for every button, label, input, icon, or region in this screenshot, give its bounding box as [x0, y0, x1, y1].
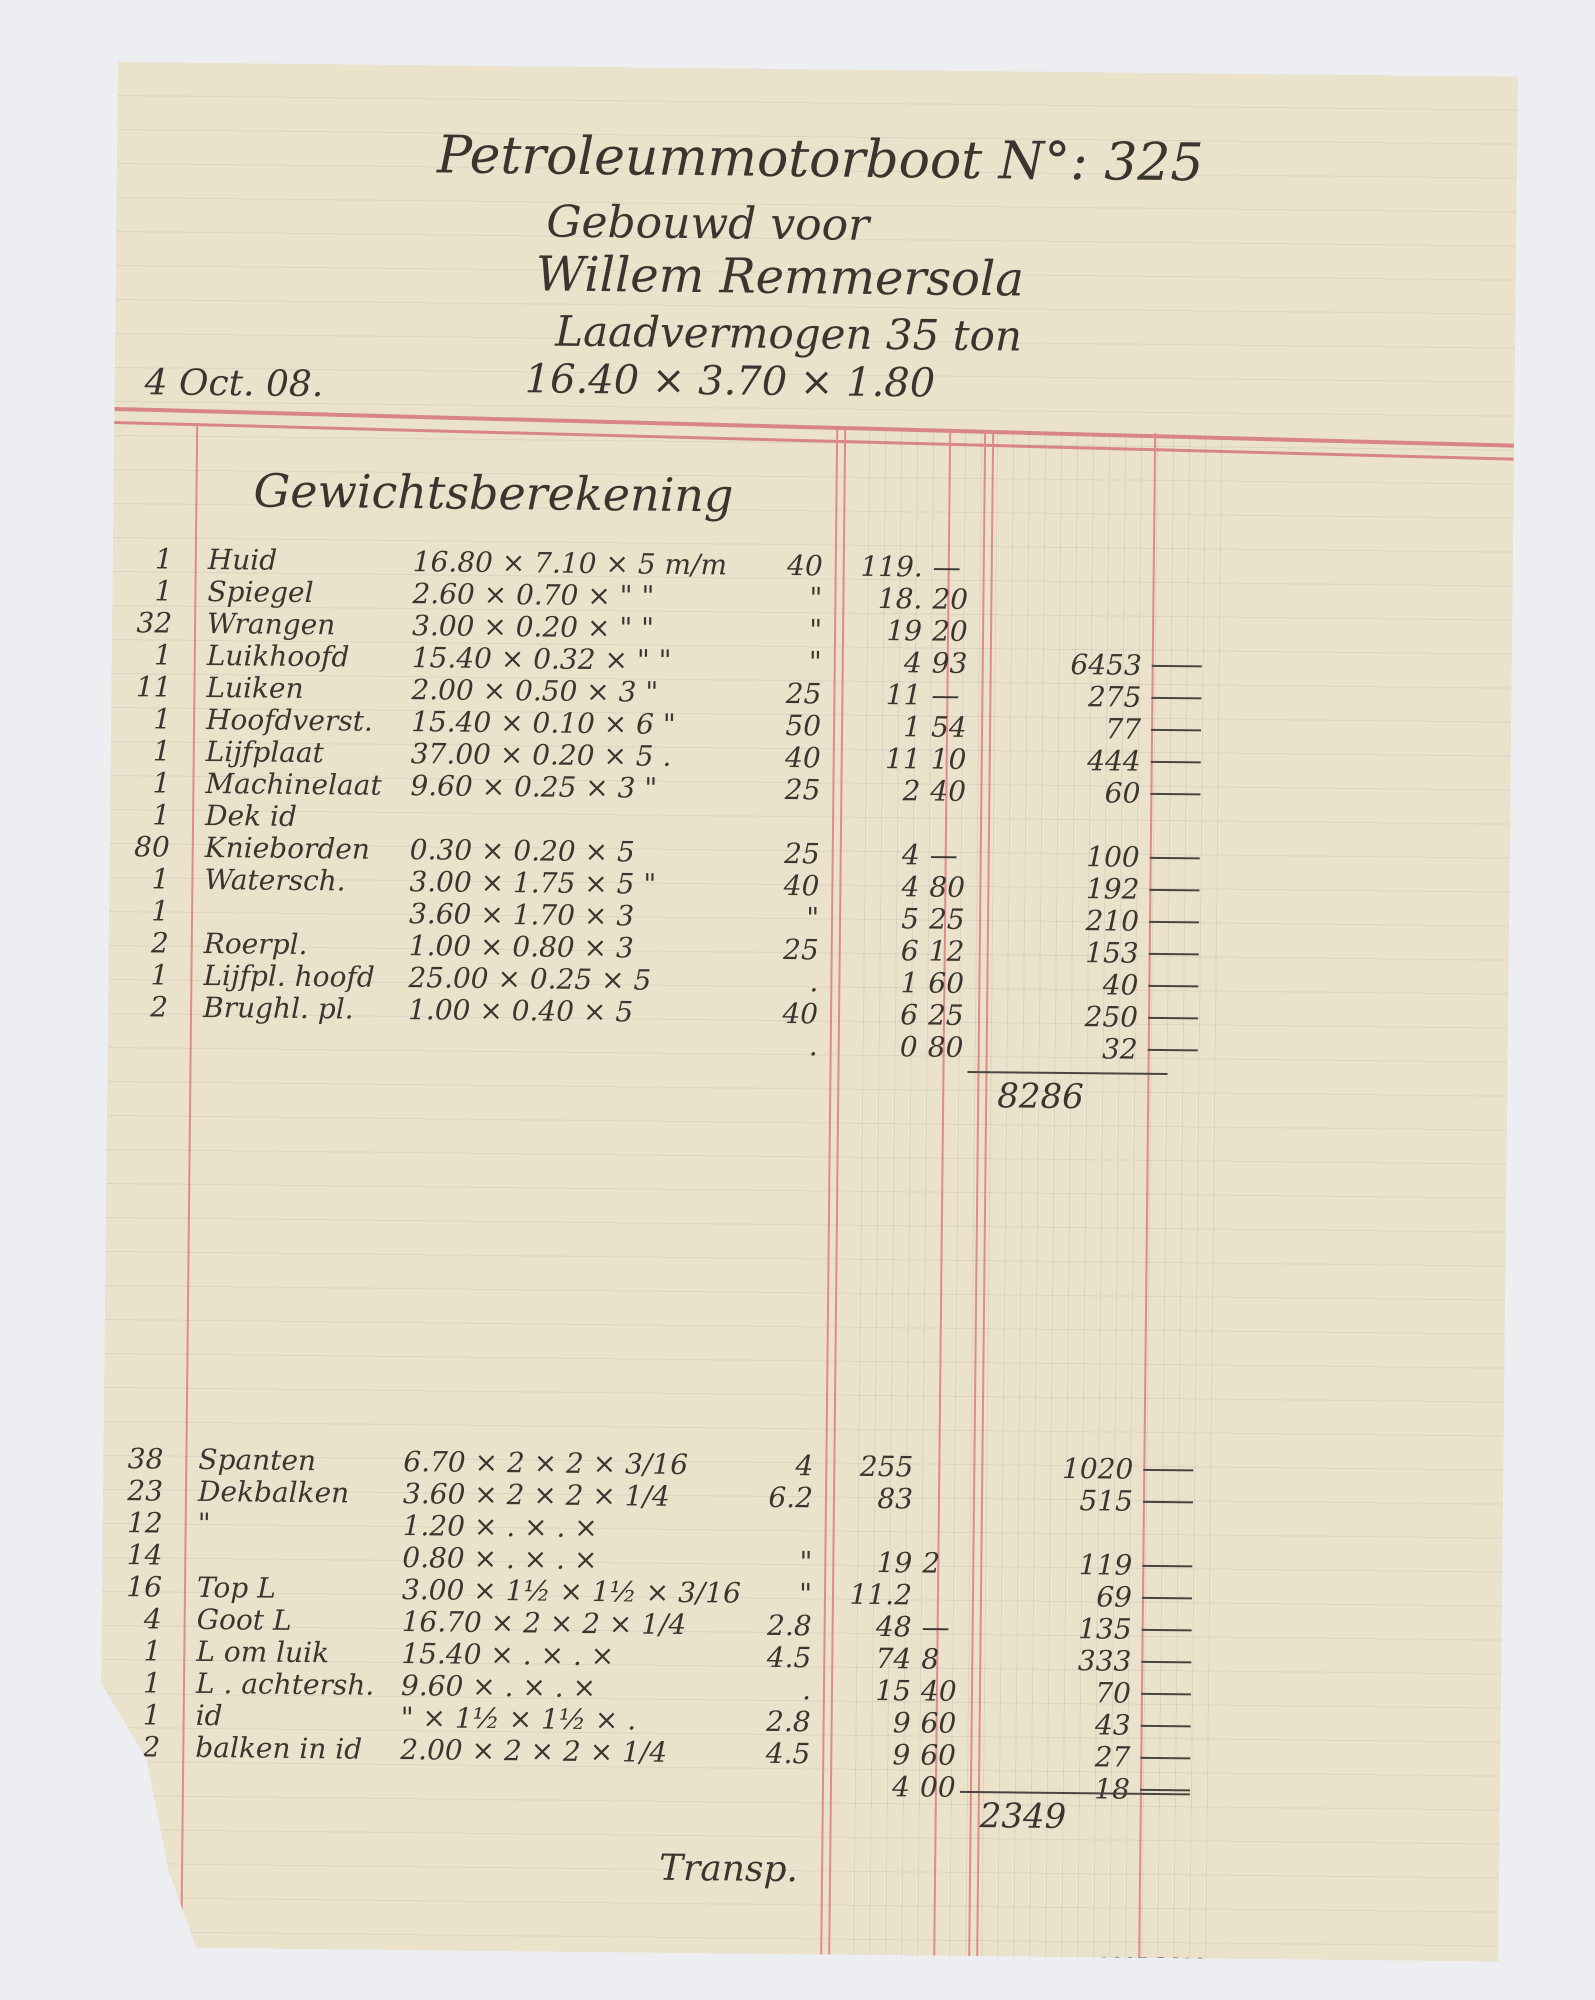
row-weight-fraction: [930, 807, 990, 808]
row-factor: ": [762, 581, 822, 615]
row-dash: [1149, 937, 1199, 956]
subtotal-1: 8286: [997, 1076, 1084, 1117]
transport-label: Transp.: [659, 1848, 798, 1890]
row-item: Spiegel: [207, 575, 313, 609]
row-dash: [1141, 1677, 1191, 1696]
row-total: 210: [979, 903, 1139, 938]
row-dimensions: 15.40 × 0.32 × " ": [412, 641, 672, 677]
row-total: 32: [978, 1031, 1138, 1066]
row-quantity: 12: [113, 1506, 163, 1540]
row-weight: 1: [838, 966, 918, 1000]
row-dash: [1149, 873, 1199, 892]
row-item: Lijfpl. hoofd: [203, 959, 375, 994]
row-dash: [1140, 1741, 1190, 1760]
row-dash: [1149, 905, 1199, 924]
row-quantity: 23: [113, 1474, 163, 1508]
row-dimensions: 25.00 × 0.25 × 5: [408, 961, 651, 997]
row-item: balken in id: [195, 1731, 362, 1766]
row-total: 444: [981, 743, 1141, 778]
row-dimensions: 37.00 × 0.20 × 5 .: [411, 737, 672, 773]
header-dimensions: 16.40 × 3.70 × 1.80: [524, 356, 935, 406]
row-factor: ": [752, 1545, 812, 1579]
row-weight: 15: [831, 1674, 911, 1708]
row-dash: [1141, 1709, 1191, 1728]
row-dimensions: " × 1½ × 1½ × .: [401, 1701, 637, 1736]
row-quantity: 1: [119, 862, 169, 896]
row-factor: 40: [763, 549, 823, 583]
row-weight: 4: [842, 646, 922, 680]
row-item: Machinelaat: [205, 767, 382, 802]
row-total: 333: [971, 1643, 1131, 1678]
row-item: Spanten: [198, 1443, 316, 1477]
row-weight: 6: [838, 998, 918, 1032]
row-weight: 11.2: [832, 1578, 912, 1612]
row-factor: 4: [753, 1449, 813, 1483]
row-weight: [840, 806, 920, 807]
row-quantity: 11: [121, 670, 171, 704]
row-total: 153: [979, 935, 1139, 970]
row-total: 275: [981, 679, 1141, 714]
row-total: 1020: [973, 1451, 1133, 1486]
row-quantity: 1: [111, 1698, 161, 1732]
row-dimensions: 6.70 × 2 × 2 × 3/16: [403, 1445, 688, 1481]
row-weight-fraction: —: [933, 551, 993, 585]
row-total: 100: [980, 839, 1140, 874]
row-quantity: [118, 1022, 168, 1023]
row-quantity: 2: [119, 926, 169, 960]
row-quantity: 1: [119, 894, 169, 928]
row-weight: 255: [833, 1450, 913, 1484]
row-quantity: 1: [123, 542, 173, 576]
row-total: 192: [979, 871, 1139, 906]
row-weight: 48: [831, 1610, 911, 1644]
row-quantity: 1: [122, 638, 172, 672]
row-dimensions: 2.00 × 2 × 2 × 1/4: [400, 1733, 667, 1769]
row-item: Dekbalken: [198, 1475, 349, 1510]
row-factor: 40: [758, 997, 818, 1031]
row-factor: ": [762, 613, 822, 647]
row-factor: ": [752, 1577, 812, 1611]
row-dimensions: 1.20 × . × . ×: [403, 1509, 598, 1544]
row-weight: 9: [830, 1738, 910, 1772]
section-title: Gewichtsberekening: [253, 463, 733, 522]
row-item: Goot L: [197, 1603, 292, 1637]
subtotal-2: 2349: [979, 1796, 1066, 1837]
row-quantity: [110, 1762, 160, 1763]
row-item: Dek id: [205, 799, 297, 833]
row-item: ": [198, 1507, 211, 1540]
row-quantity: 16: [112, 1570, 162, 1604]
row-factor: 25: [759, 933, 819, 967]
row-item: Wrangen: [207, 607, 336, 641]
row-quantity: 1: [118, 958, 168, 992]
row-factor: .: [758, 965, 818, 999]
row-quantity: 80: [120, 830, 170, 864]
header-title: Petroleummotorboot N°: 325: [437, 125, 1204, 193]
row-dash: [1150, 841, 1200, 860]
row-dash: [1141, 1645, 1191, 1664]
row-quantity: 38: [113, 1442, 163, 1476]
row-weight: [833, 1514, 913, 1515]
row-factor: 6.2: [753, 1481, 813, 1515]
row-item: Roerpl.: [204, 927, 308, 961]
row-dash: [1142, 1613, 1192, 1632]
row-dash: [1151, 713, 1201, 732]
row-item: Hoofdverst.: [206, 703, 373, 738]
row-dash: [1152, 649, 1202, 668]
row-quantity: 14: [112, 1538, 162, 1572]
row-factor: .: [751, 1673, 811, 1707]
row-total: 515: [973, 1483, 1133, 1518]
header-owner: Willem Remmersola: [536, 246, 1025, 307]
header-date: 4 Oct. 08.: [144, 362, 323, 405]
row-dimensions: 3.00 × 1½ × 1½ × 3/16: [402, 1573, 741, 1610]
row-dimensions: 3.00 × 0.20 × " ": [412, 609, 654, 645]
row-factor: 2.8: [750, 1705, 810, 1739]
row-factor: ": [759, 901, 819, 935]
row-item: Luikhoofd: [207, 639, 350, 673]
row-total: 250: [978, 999, 1138, 1034]
row-dimensions: 15.40 × 0.10 × 6 ": [411, 705, 676, 741]
row-dimensions: 9.60 × . × . ×: [401, 1669, 596, 1704]
row-total: 6453: [982, 647, 1142, 682]
row-item: Huid: [208, 543, 278, 577]
row-dimensions: 0.80 × . × . ×: [402, 1541, 597, 1576]
row-dash: [1148, 1001, 1198, 1020]
row-quantity: 1: [121, 734, 171, 768]
row-total: 69: [972, 1579, 1132, 1614]
row-dash: [1151, 745, 1201, 764]
row-dimensions: 2.60 × 0.70 × " ": [412, 577, 654, 613]
row-weight: 19: [842, 614, 922, 648]
row-weight: 0: [838, 1030, 918, 1064]
row-factor: 40: [759, 869, 819, 903]
row-weight: 11: [841, 742, 921, 776]
row-quantity: 1: [120, 798, 170, 832]
row-dimensions: 16.70 × 2 × 2 × 1/4: [402, 1605, 687, 1641]
row-weight: 83: [833, 1482, 913, 1516]
row-item: L . achtersh.: [196, 1667, 375, 1702]
row-quantity: 4: [112, 1602, 162, 1636]
row-quantity: 2: [110, 1730, 160, 1764]
row-factor: 25: [760, 773, 820, 807]
row-item: Brughl. pl.: [203, 991, 354, 1026]
row-quantity: 32: [122, 606, 172, 640]
row-total: 60: [980, 775, 1140, 810]
row-factor: [750, 1769, 810, 1770]
row-total: 135: [971, 1611, 1131, 1646]
row-item: Knieborden: [205, 831, 371, 866]
row-dimensions: 15.40 × . × . ×: [401, 1637, 614, 1672]
row-factor: 50: [761, 709, 821, 743]
row-dimensions: 1.00 × 0.80 × 3: [409, 929, 634, 964]
row-total: 77: [981, 711, 1141, 746]
catalog-number: 1995.3610: [1098, 1952, 1206, 1977]
row-factor: 4.5: [751, 1641, 811, 1675]
row-quantity: 2: [118, 990, 168, 1024]
row-quantity: 1: [120, 766, 170, 800]
row-dash: [1142, 1549, 1192, 1568]
header-built-for: Gebouwd voor: [546, 196, 869, 250]
row-quantity: 1: [111, 1666, 161, 1700]
row-dimensions: 2.00 × 0.50 × 3 ": [411, 673, 658, 709]
row-weight: 18.: [842, 582, 922, 616]
row-weight-fraction: 20: [932, 615, 992, 649]
row-quantity: 1: [122, 574, 172, 608]
row-weight: 119.: [843, 550, 923, 584]
row-total: 27: [970, 1739, 1130, 1774]
row-dimensions: 3.60 × 2 × 2 × 1/4: [403, 1477, 670, 1513]
row-weight: 2: [840, 774, 920, 808]
row-factor: [753, 1513, 813, 1514]
row-dash: [1148, 1033, 1198, 1052]
row-factor: .: [758, 1029, 818, 1063]
row-dash: [1150, 777, 1200, 796]
row-weight: 19: [832, 1546, 912, 1580]
row-item: Luiken: [206, 671, 303, 705]
row-quantity: 1: [111, 1634, 161, 1668]
row-factor: [760, 805, 820, 806]
row-weight: 4: [839, 870, 919, 904]
row-dash: [1142, 1581, 1192, 1600]
row-dash: [1143, 1485, 1193, 1504]
row-weight: 5: [839, 902, 919, 936]
row-factor: 2.8: [751, 1609, 811, 1643]
row-weight-fraction: [923, 1515, 983, 1516]
row-item: Top L: [197, 1571, 276, 1605]
row-weight: 9: [830, 1706, 910, 1740]
row-total: 119: [972, 1547, 1132, 1582]
row-weight: 1: [841, 710, 921, 744]
row-weight: 4: [840, 838, 920, 872]
row-item: id: [196, 1699, 223, 1732]
header-capacity: Laadvermogen 35 ton: [555, 307, 1022, 361]
row-dimensions: 0.30 × 0.20 × 5: [410, 833, 635, 868]
row-weight: 6: [839, 934, 919, 968]
row-factor: 4.5: [750, 1737, 810, 1771]
row-weight: 74: [831, 1642, 911, 1676]
row-dash: [1148, 969, 1198, 988]
row-dimensions: 16.80 × 7.10 × 5 m/m: [413, 545, 728, 581]
row-dimensions: 1.00 × 0.40 × 5: [408, 993, 633, 1028]
row-weight: 4: [830, 1770, 910, 1804]
row-total: 43: [970, 1707, 1130, 1742]
row-total: 70: [971, 1675, 1131, 1710]
row-factor: 40: [761, 741, 821, 775]
row-dimensions: 3.60 × 1.70 × 3: [409, 897, 634, 932]
row-item: L om luik: [196, 1635, 329, 1669]
row-factor: 25: [761, 677, 821, 711]
row-weight-fraction: 20: [932, 583, 992, 617]
row-dash: [1140, 1773, 1190, 1792]
row-dash: [1151, 681, 1201, 700]
row-dimensions: 9.60 × 0.25 × 3 ": [410, 769, 657, 805]
row-dash: [1143, 1453, 1193, 1472]
row-quantity: 1: [121, 702, 171, 736]
ledger-sheet: Petroleummotorboot N°: 325 Gebouwd voor …: [98, 62, 1518, 1962]
row-weight: 11: [841, 678, 921, 712]
row-total: 40: [978, 967, 1138, 1002]
row-item: Lijfplaat: [206, 735, 324, 769]
row-factor: ": [762, 645, 822, 679]
row-item: Watersch.: [204, 863, 346, 897]
row-factor: 25: [760, 837, 820, 871]
row-dimensions: 3.00 × 1.75 × 5 ": [409, 865, 656, 901]
